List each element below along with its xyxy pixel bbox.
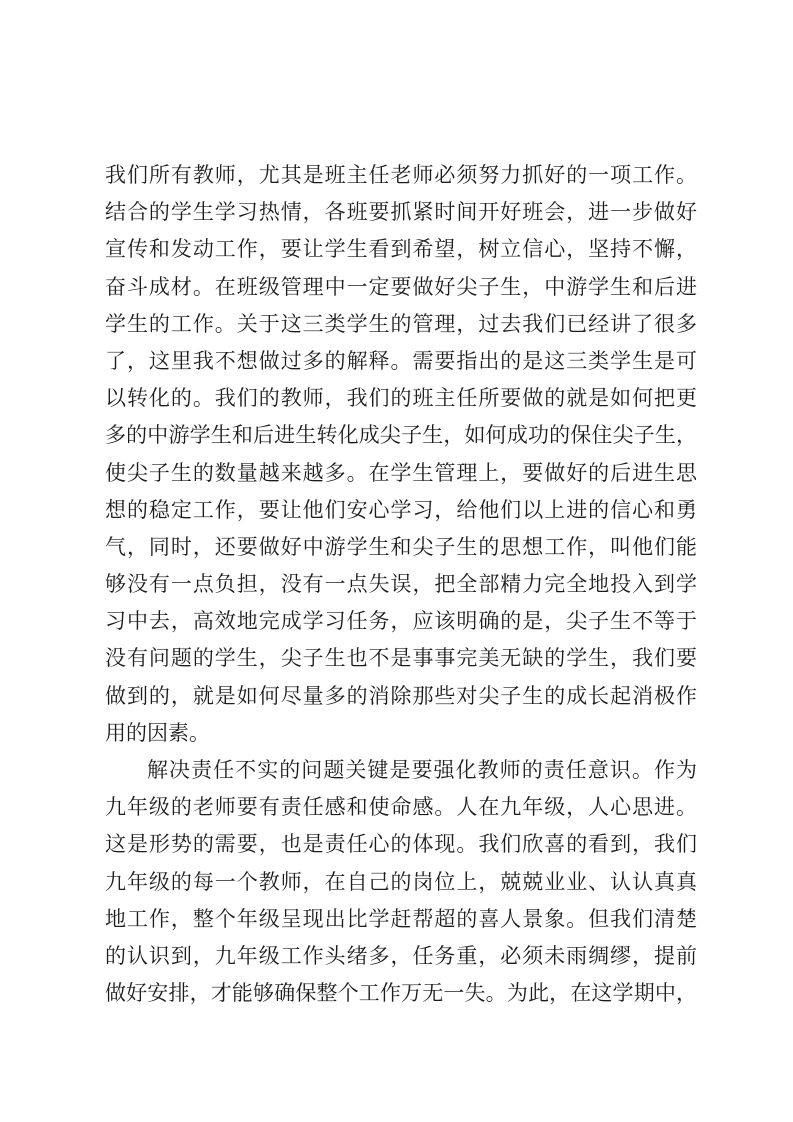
document-text-block: 我们所有教师，尤其是班主任老师必须努力抓好的一项工作。结合的学生学习热情，各班要… — [105, 157, 697, 1012]
document-page: 我们所有教师，尤其是班主任老师必须努力抓好的一项工作。结合的学生学习热情，各班要… — [0, 0, 793, 1122]
text-line: 学生的工作。关于这三类学生的管理，过去我们已经讲了很多 — [105, 306, 697, 343]
text-line: 以转化的。我们的教师，我们的班主任所要做的就是如何把更 — [105, 380, 697, 417]
text-line: 结合的学生学习热情，各班要抓紧时间开好班会，进一步做好 — [105, 194, 697, 231]
text-line: 我们所有教师，尤其是班主任老师必须努力抓好的一项工作。 — [105, 157, 697, 194]
text-line: 用的因素。 — [105, 715, 697, 752]
text-line: 使尖子生的数量越来越多。在学生管理上，要做好的后进生思 — [105, 455, 697, 492]
paragraph: 解决责任不实的问题关键是要强化教师的责任意识。作为九年级的老师要有责任感和使命感… — [105, 752, 697, 1012]
text-line: 习中去，高效地完成学习任务，应该明确的是，尖子生不等于 — [105, 603, 697, 640]
text-line: 够没有一点负担，没有一点失误，把全部精力完全地投入到学 — [105, 566, 697, 603]
text-line: 多的中游学生和后进生转化成尖子生，如何成功的保住尖子生， — [105, 417, 697, 454]
text-line: 奋斗成材。在班级管理中一定要做好尖子生，中游学生和后进 — [105, 269, 697, 306]
text-line: 的认识到，九年级工作头绪多，任务重，必须未雨绸缪，提前 — [105, 938, 697, 975]
text-line: 九年级的每一个教师，在自己的岗位上，兢兢业业、认认真真 — [105, 864, 697, 901]
text-line: 地工作，整个年级呈现出比学赶帮超的喜人景象。但我们清楚 — [105, 901, 697, 938]
text-line: 了，这里我不想做过多的解释。需要指出的是这三类学生是可 — [105, 343, 697, 380]
text-line: 没有问题的学生，尖子生也不是事事完美无缺的学生，我们要 — [105, 640, 697, 677]
text-line: 想的稳定工作，要让他们安心学习，给他们以上进的信心和勇 — [105, 492, 697, 529]
text-line: 九年级的老师要有责任感和使命感。人在九年级，人心思进。 — [105, 789, 697, 826]
paragraph: 我们所有教师，尤其是班主任老师必须努力抓好的一项工作。结合的学生学习热情，各班要… — [105, 157, 697, 752]
text-line: 解决责任不实的问题关键是要强化教师的责任意识。作为 — [105, 752, 697, 789]
text-line: 做到的，就是如何尽量多的消除那些对尖子生的成长起消极作 — [105, 678, 697, 715]
text-line: 做好安排，才能够确保整个工作万无一失。为此，在这学期中， — [105, 975, 697, 1012]
text-line: 气，同时，还要做好中游学生和尖子生的思想工作，叫他们能 — [105, 529, 697, 566]
text-line: 宣传和发动工作，要让学生看到希望，树立信心，坚持不懈， — [105, 231, 697, 268]
text-line: 这是形势的需要，也是责任心的体现。我们欣喜的看到，我们 — [105, 826, 697, 863]
